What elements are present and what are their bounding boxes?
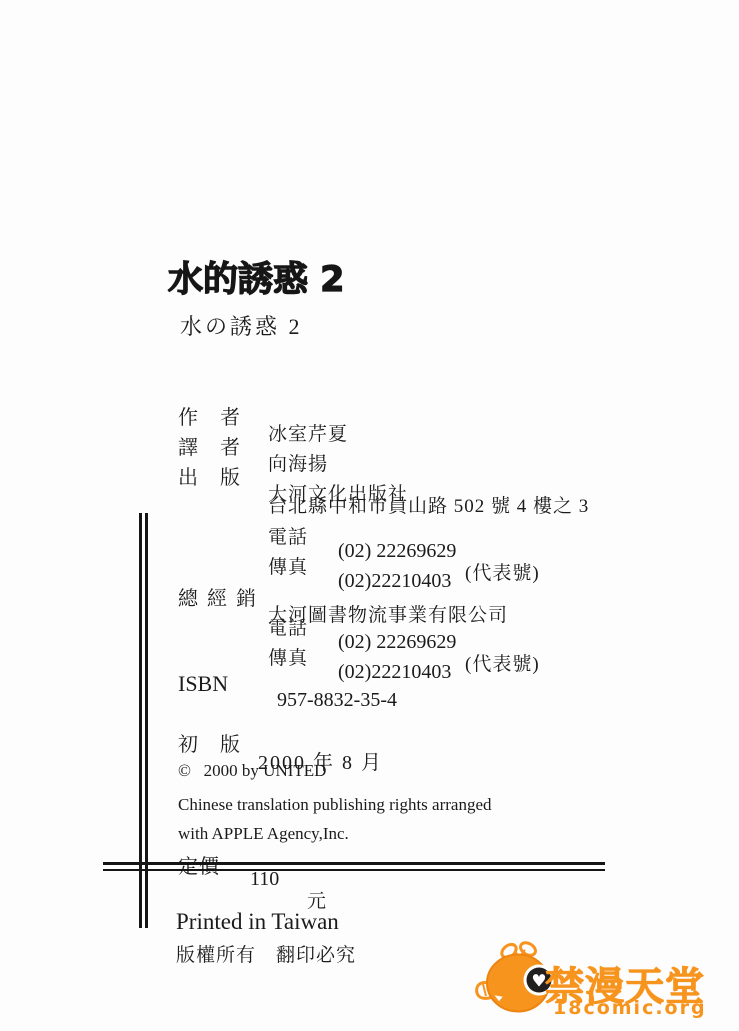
translator-row: 譯 者 向海揚 <box>0 413 739 439</box>
publisher-fax-row: 傳真 (02)22210403 <box>0 534 739 560</box>
publisher-address-row: 台北縣中和市員山路 502 號 4 樓之 3 <box>0 473 739 499</box>
book-original-title: 水の誘惑 2 <box>180 310 303 341</box>
isbn-label: ISBN <box>178 671 228 697</box>
price-row: 定價 110 元 <box>0 832 739 858</box>
edition-row: 初 版 2000 年 8 月 <box>0 710 739 736</box>
site-watermark: ♥ 禁漫天堂 18comic.org <box>472 936 739 1031</box>
publisher-row: 出 版 大河文化出版社 <box>0 443 739 469</box>
publisher-phone-row: 電話 (02) 22269629 (代表號) <box>0 504 739 530</box>
author-row: 作 者 冰室芹夏 <box>0 383 739 409</box>
isbn-row: ISBN 957-8832-35-4 <box>0 653 739 679</box>
rights-row-2: with APPLE Agency,Inc. <box>0 806 739 832</box>
rights-notice-text: 版權所有 翻印必究 <box>176 940 356 967</box>
price-value: 110 <box>250 868 279 891</box>
watermark-site-url: 18comic.org <box>553 997 707 1019</box>
horizontal-double-rule <box>103 862 605 871</box>
distributor-fax-row: 傳真 (02)22210403 <box>0 625 739 651</box>
copyright-row: © 2000 by UNITED <box>0 743 739 769</box>
colophon-page: 水的誘惑 2 水の誘惑 2 作 者 冰室芹夏 譯 者 向海揚 出 版 大河文化出… <box>0 0 739 1031</box>
book-title: 水的誘惑 2 <box>168 252 345 302</box>
distributor-row: 總經銷 大河圖書物流事業有限公司 <box>0 564 739 590</box>
distributor-phone-row: 電話 (02) 22269629 (代表號) <box>0 595 739 621</box>
printed-in-row: Printed in Taiwan <box>0 891 739 917</box>
rights-row-1: Chinese translation publishing rights ar… <box>0 777 739 803</box>
isbn-value: 957-8832-35-4 <box>277 689 397 712</box>
